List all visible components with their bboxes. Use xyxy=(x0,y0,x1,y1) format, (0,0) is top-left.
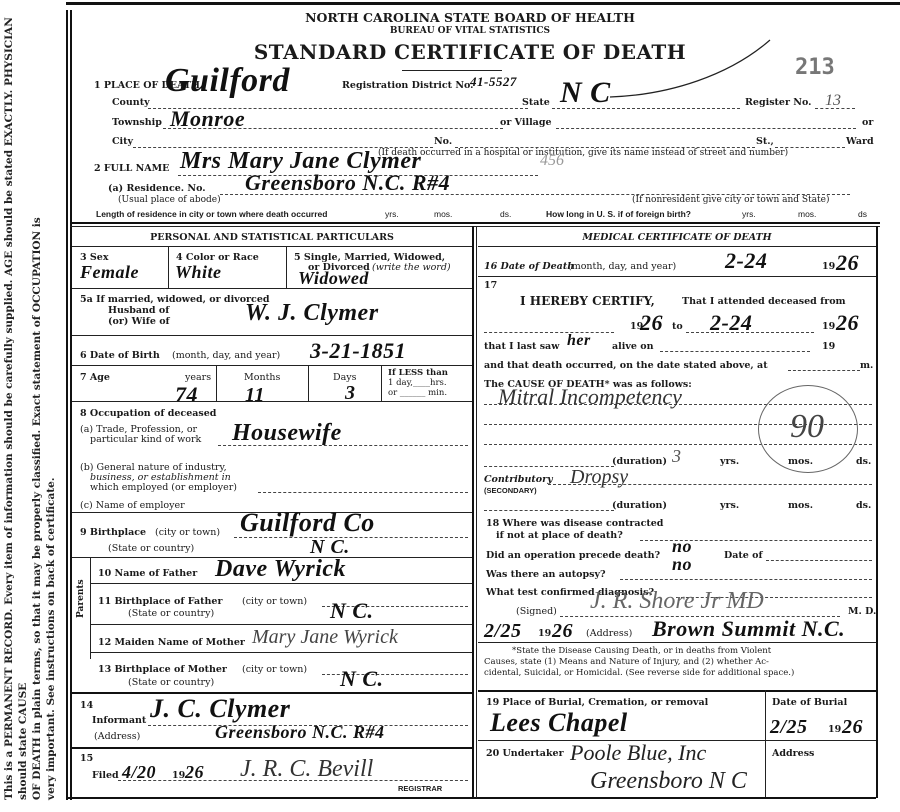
signed-date-value[interactable]: 2/25 xyxy=(484,620,522,643)
physician-signature[interactable]: J. R. Shore Jr MD xyxy=(590,588,764,615)
marital-value[interactable]: Widowed xyxy=(298,268,369,289)
dob-label: 6 Date of Birth xyxy=(80,350,160,361)
spouse-label-3: (or) Wife of xyxy=(108,316,170,327)
row-line xyxy=(72,365,472,366)
physician-address-value[interactable]: Brown Summit N.C. xyxy=(652,616,845,642)
section-divider xyxy=(70,222,880,224)
ward-label: Ward xyxy=(846,136,874,147)
stamp-number: 213 xyxy=(795,55,835,80)
employer-label: (c) Name of employer xyxy=(80,500,185,511)
undertaker-value[interactable]: Poole Blue, Inc xyxy=(570,740,706,766)
circled-code-value: 90 xyxy=(790,408,824,446)
row-line xyxy=(72,288,472,289)
md-label: M. D. xyxy=(848,606,876,617)
street-no-label: No. xyxy=(434,136,452,147)
dod-label: 16 Date of Death xyxy=(484,261,574,272)
to-year-value[interactable]: 26 xyxy=(836,310,859,336)
informant-label: Informant xyxy=(92,715,146,726)
signed-year-value[interactable]: 26 xyxy=(552,620,573,643)
right-border xyxy=(876,226,878,798)
center-divider-2 xyxy=(476,226,477,798)
informant-address-value[interactable]: Greensboro N.C. R#4 xyxy=(215,722,385,743)
father-bp-hint: (city or town) xyxy=(242,596,307,607)
birthplace-state-label: (State or country) xyxy=(108,543,194,554)
informant-num: 14 xyxy=(80,700,93,711)
col-line xyxy=(381,365,382,401)
filed-year-value[interactable]: 26 xyxy=(185,762,204,783)
burial-value[interactable]: Lees Chapel xyxy=(490,708,628,738)
footnote-line-2: Causes, state (1) Means and Nature of In… xyxy=(484,657,874,668)
center-divider xyxy=(472,226,474,798)
state-label: State xyxy=(522,97,550,108)
burial-label: 19 Place of Burial, Cremation, or remova… xyxy=(486,697,708,708)
footnote: *State the Disease Causing Death, or in … xyxy=(484,646,874,679)
left-border-outer xyxy=(66,10,68,800)
m-label: m. xyxy=(860,360,873,371)
to-label: to xyxy=(672,321,683,332)
nonresident-note: (If nonresident give city or town and St… xyxy=(632,195,830,205)
to-year-prefix: 19 xyxy=(822,321,835,332)
burial-col-line xyxy=(765,690,766,797)
last-saw-label: that I last saw xyxy=(484,341,559,352)
medical-section-title: MEDICAL CERTIFICATE OF DEATH xyxy=(478,232,876,243)
dod-hint: (month, day, and year) xyxy=(568,261,676,272)
hospital-note: (If death occurred in a hospital or inst… xyxy=(378,148,788,158)
footnote-line-1: *State the Disease Causing Death, or in … xyxy=(484,646,874,657)
spouse-value[interactable]: W. J. Clymer xyxy=(245,300,379,327)
race-value[interactable]: White xyxy=(175,262,222,283)
mother-bp-value[interactable]: N C. xyxy=(340,666,384,692)
village-line xyxy=(556,128,856,129)
birthplace-value[interactable]: Guilford Co xyxy=(240,508,375,538)
months-label: Months xyxy=(244,372,280,383)
parents-divider xyxy=(90,557,91,659)
col-line xyxy=(286,246,287,288)
left-border-inner xyxy=(70,10,72,800)
industry-line xyxy=(258,492,468,493)
county-value[interactable]: Guilford xyxy=(165,62,290,100)
occupation-label: 8 Occupation of deceased xyxy=(80,408,216,419)
disease-contracted-label-2: if not at place of death? xyxy=(496,530,623,541)
board-title: NORTH CAROLINA STATE BOARD OF HEALTH xyxy=(260,10,680,25)
duration2-mos-label: mos. xyxy=(788,500,813,511)
date-of-label: Date of xyxy=(724,550,763,561)
burial-date-value[interactable]: 2/25 xyxy=(770,716,808,739)
registration-label: Registration District No. xyxy=(342,80,473,91)
row-line xyxy=(478,276,876,277)
alive-on-line xyxy=(660,351,810,352)
spouse-label-2: Husband of xyxy=(108,305,169,316)
father-label: 10 Name of Father xyxy=(98,568,197,579)
registrar-signature[interactable]: J. R. C. Bevill xyxy=(240,756,373,783)
title-underline xyxy=(402,70,502,71)
or-label: or xyxy=(862,117,873,128)
duration-yrs-label: yrs. xyxy=(720,456,739,467)
length-mos-label: mos. xyxy=(434,209,452,219)
less-hrs-label: 1 day,____hrs. xyxy=(388,378,447,388)
dod-year-prefix: 19 xyxy=(822,261,835,272)
dob-value[interactable]: 3-21-1851 xyxy=(310,338,406,364)
num-17: 17 xyxy=(484,280,497,291)
duration-ds-label: ds. xyxy=(856,456,871,467)
date-of-line xyxy=(766,560,872,561)
row-line xyxy=(478,690,876,692)
county-label: County xyxy=(112,97,150,108)
row-line xyxy=(72,246,472,247)
birthplace-hint: (city or town) xyxy=(155,527,220,538)
residence-label: (a) Residence. No. xyxy=(108,183,206,194)
duration2-yrs-label: yrs. xyxy=(720,500,739,511)
industry-label-3: which employed (or employer) xyxy=(90,482,237,493)
residence-value[interactable]: Greensboro N.C. R#4 xyxy=(245,170,450,196)
row-line xyxy=(72,335,472,336)
mother-bp-label: 13 Birthplace of Mother xyxy=(98,664,227,675)
dod-value[interactable]: 2-24 xyxy=(725,248,767,274)
duration-years-value[interactable]: 3 xyxy=(672,446,681,467)
mother-bp-hint: (city or town) xyxy=(242,664,307,675)
filed-label: Filed xyxy=(92,770,119,781)
operation-label: Did an operation precede death? xyxy=(486,550,660,561)
autopsy-label: Was there an autopsy? xyxy=(486,569,606,580)
pencil-note: 456 xyxy=(540,152,564,170)
less-min-label: or ______ min. xyxy=(388,388,447,398)
alive-on-label: alive on xyxy=(612,341,654,352)
autopsy-line xyxy=(620,579,872,580)
birthplace-label: 9 Birthplace xyxy=(80,527,146,538)
col-line xyxy=(216,365,217,401)
undertaker-address-label: Address xyxy=(772,748,814,759)
age-label: 7 Age xyxy=(80,372,110,383)
row-line xyxy=(72,401,472,402)
burial-year-value[interactable]: 26 xyxy=(842,716,863,739)
contributory-label: Contributory xyxy=(484,474,553,485)
filed-year-prefix: 19 xyxy=(172,770,185,781)
registration-district-value[interactable]: 41-5527 xyxy=(470,74,517,90)
father-bp-value[interactable]: N C. xyxy=(330,598,374,624)
informant-value[interactable]: J. C. Clymer xyxy=(150,694,290,724)
death-time-line xyxy=(788,370,860,371)
top-border xyxy=(66,2,900,5)
row-line xyxy=(91,652,472,653)
city-label: City xyxy=(112,136,133,147)
burial-date-label: Date of Burial xyxy=(772,697,847,708)
foreign-ds-label: ds xyxy=(858,209,867,219)
disease-contracted-label: 18 Where was disease contracted xyxy=(486,518,663,529)
age-years-value[interactable]: 74 xyxy=(175,382,198,408)
row-line xyxy=(91,624,472,625)
pen-stroke-decoration xyxy=(600,35,780,105)
last-saw-pronoun[interactable]: her xyxy=(567,332,591,350)
father-bp-label: 11 Birthplace of Father xyxy=(98,596,222,607)
undertaker-address-value[interactable]: Greensboro N C xyxy=(590,768,747,795)
registrar-label: REGISTRAR xyxy=(398,784,442,793)
filed-date-value[interactable]: 4/20 xyxy=(122,762,156,783)
cause-value[interactable]: Mitral Incompetency xyxy=(498,384,682,410)
bottom-border xyxy=(66,797,876,799)
length-ds-label: ds. xyxy=(500,209,511,219)
certify-heading: I HEREBY CERTIFY, xyxy=(520,294,655,308)
footnote-line-3: cidental, Suicidal, or Homicidal. (See r… xyxy=(484,668,874,679)
duration2-ds-label: ds. xyxy=(856,500,871,511)
mother-bp-state-label: (State or country) xyxy=(128,677,214,688)
col-line xyxy=(168,246,169,288)
township-label: Township xyxy=(112,117,162,128)
foreign-yrs-label: yrs. xyxy=(742,209,756,219)
from-year-value[interactable]: 26 xyxy=(640,310,663,336)
age-months-value[interactable]: 11 xyxy=(245,384,265,407)
less-than-label: If LESS than xyxy=(388,368,448,378)
filed-num: 15 xyxy=(80,753,93,764)
physician-address-label: (Address) xyxy=(586,628,632,639)
full-name-label: 2 FULL NAME xyxy=(94,163,169,174)
register-label: Register No. xyxy=(745,97,811,108)
dob-hint: (month, day, and year) xyxy=(172,350,280,361)
spouse-label-1: 5a If married, widowed, or divorced xyxy=(80,294,270,305)
mother-value[interactable]: Mary Jane Wyrick xyxy=(252,626,398,649)
row-line xyxy=(478,642,876,643)
length-residence-label: Length of residence in city or town wher… xyxy=(96,209,327,219)
duration2-label: (duration) xyxy=(612,500,667,511)
secondary-label: (SECONDARY) xyxy=(484,486,537,495)
sex-value[interactable]: Female xyxy=(80,262,139,283)
alive-year-prefix: 19 xyxy=(822,341,835,352)
side-instructions-line1: This is a PERMANENT RECORD. Every item o… xyxy=(2,0,30,800)
signed-year-prefix: 19 xyxy=(538,628,551,639)
autopsy-value[interactable]: no xyxy=(672,554,692,575)
trade-value[interactable]: Housewife xyxy=(232,420,342,447)
state-value[interactable]: N C xyxy=(560,76,611,110)
length-yrs-label: yrs. xyxy=(385,209,399,219)
duration-mos-label: mos. xyxy=(788,456,813,467)
certify-text: That I attended deceased from xyxy=(682,296,846,307)
side-instructions: This is a PERMANENT RECORD. Every item o… xyxy=(2,0,58,800)
burial-year-prefix: 19 xyxy=(828,724,841,735)
row-line xyxy=(72,747,472,749)
parents-label: Parents xyxy=(76,579,86,618)
undertaker-label: 20 Undertaker xyxy=(486,748,564,759)
trade-label-2: particular kind of work xyxy=(90,434,201,445)
col-line xyxy=(308,365,309,401)
dod-year-value[interactable]: 26 xyxy=(836,250,859,276)
village-label: or Village xyxy=(500,117,552,128)
to-date-value[interactable]: 2-24 xyxy=(710,310,752,336)
mother-label: 12 Maiden Name of Mother xyxy=(98,637,245,648)
township-value[interactable]: Monroe xyxy=(170,106,245,132)
register-value[interactable]: 13 xyxy=(825,92,841,110)
foreign-birth-label: How long in U. S. if of foreign birth? xyxy=(546,209,691,219)
st-label: St., xyxy=(756,136,774,147)
residence-sub-label: (Usual place of abode) xyxy=(118,195,221,205)
father-bp-state-label: (State or country) xyxy=(128,608,214,619)
signed-label: (Signed) xyxy=(516,606,557,617)
row-line xyxy=(91,583,472,584)
side-instructions-line2: OF DEATH in plain terms, so that it may … xyxy=(30,0,44,800)
personal-section-title: PERSONAL AND STATISTICAL PARTICULARS xyxy=(72,232,472,243)
death-occurred-label: and that death occurred, on the date sta… xyxy=(484,360,768,371)
section-divider-2 xyxy=(70,226,880,227)
from-line xyxy=(484,332,614,333)
side-instructions-line3: very important. See instructions on back… xyxy=(44,0,58,800)
row-line xyxy=(478,246,876,247)
foreign-mos-label: mos. xyxy=(798,209,816,219)
contributory-value[interactable]: Dropsy xyxy=(570,466,628,489)
father-value[interactable]: Dave Wyrick xyxy=(215,556,346,583)
duration2-line xyxy=(484,510,614,511)
informant-address-label: (Address) xyxy=(94,731,140,742)
marital-hint: (write the word) xyxy=(372,262,451,273)
